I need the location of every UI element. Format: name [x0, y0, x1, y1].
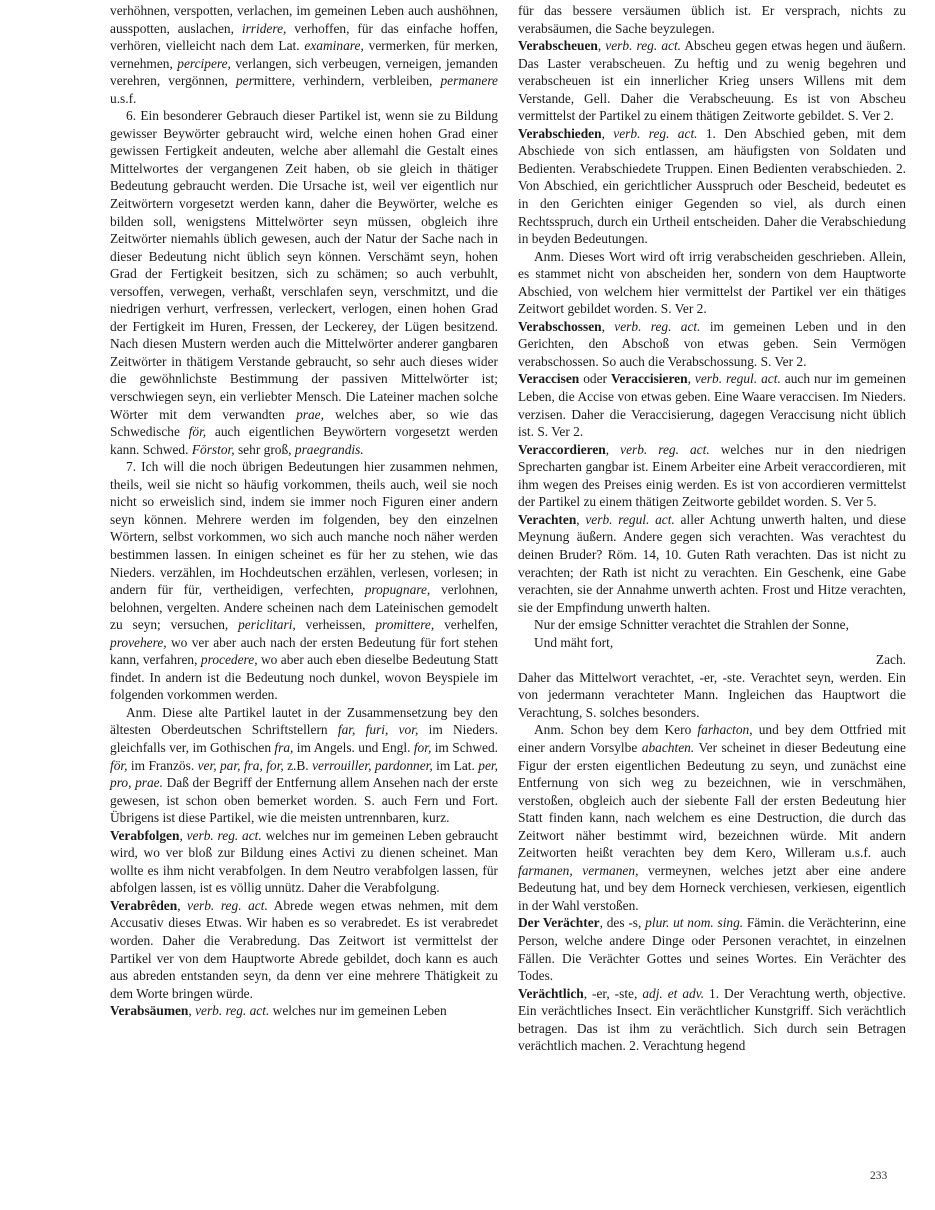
italic-term: verb. reg. act.	[187, 898, 268, 913]
text-run: im Lat.	[433, 758, 479, 773]
text-run: , -er, -ste,	[584, 986, 643, 1001]
italic-term: verrouiller, pardonner,	[312, 758, 433, 773]
dictionary-entry: Verabschossen, verb. reg. act. im gemein…	[518, 318, 906, 371]
text-run: u.s.f.	[110, 91, 136, 106]
text-run: Abrede wegen etwas nehmen, mit dem Accus…	[110, 898, 498, 1001]
text-run: verhel­fen,	[434, 617, 498, 632]
text-run: Und mäht fort,	[534, 635, 613, 650]
continued-paragraph: Daher das Mittelwort verachtet, -er, -st…	[518, 669, 906, 722]
indented-paragraph: Anm. Diese alte Partikel lautet in der Z…	[110, 704, 498, 827]
italic-term: far, furi, vor,	[338, 722, 418, 737]
dictionary-entry: Veraccordieren, verb. reg. act. welches …	[518, 441, 906, 511]
headword: Der Verächter	[518, 915, 600, 930]
italic-term: for,	[414, 740, 432, 755]
italic-term: permanere	[440, 73, 498, 88]
page-number: 233	[870, 1170, 887, 1182]
italic-term: abachten.	[642, 740, 694, 755]
right-column: für das bessere versäumen üblich ist. Er…	[518, 2, 906, 1055]
italic-term: för,	[110, 758, 128, 773]
italic-term: för,	[189, 424, 207, 439]
dictionary-entry: Der Verächter, des -s, plur. ut nom. sin…	[518, 914, 906, 984]
text-run: ,	[688, 371, 695, 386]
headword: Veraccisieren	[611, 371, 688, 386]
verse-line: Nur der emsige Schnitter verachtet die S…	[518, 616, 906, 634]
italic-term: farhacton,	[697, 722, 752, 737]
text-run: im Französ.	[128, 758, 198, 773]
headword: Verabschieden	[518, 126, 602, 141]
text-run: Anm. Schon bey dem Kero	[534, 722, 697, 737]
text-run: ,	[602, 319, 615, 334]
italic-term: Förstor,	[192, 442, 235, 457]
italic-term: promittere,	[375, 617, 434, 632]
headword: Verabrêden	[110, 898, 177, 913]
text-run: verheissen,	[296, 617, 376, 632]
italic-term: praegrandis.	[295, 442, 364, 457]
italic-term: verb. reg. act.	[613, 126, 697, 141]
text-run: Daher das Mittelwort verachtet, -er, -st…	[518, 670, 906, 720]
dictionary-entry: Veraccisen oder Veraccisieren, verb. reg…	[518, 370, 906, 440]
italic-term: verb. regul. act.	[585, 512, 674, 527]
text-run: z.B.	[284, 758, 312, 773]
italic-term: verb. regul. act.	[695, 371, 781, 386]
italic-term: periclitari,	[238, 617, 296, 632]
indented-paragraph: 6. Ein besonderer Gebrauch dieser Partik…	[110, 107, 498, 458]
italic-term: plur. ut nom. sing.	[645, 915, 743, 930]
italic-term: farmanen, vermanen,	[518, 863, 638, 878]
text-run: , des -s,	[600, 915, 646, 930]
dictionary-entry: Verachten, verb. regul. act. aller Achtu…	[518, 511, 906, 616]
headword: Verächtlich	[518, 986, 584, 1001]
verse-attribution: Zach.	[518, 651, 906, 669]
verse-line: Und mäht fort,	[518, 634, 906, 652]
italic-term: percipere,	[177, 56, 231, 71]
text-run: im Angels. und Engl.	[293, 740, 413, 755]
dictionary-entry: Verabsäumen, verb. reg. act. welches nur…	[110, 1002, 498, 1020]
italic-term: irridere,	[242, 21, 287, 36]
continued-paragraph: verhöhnen, verspotten, verlachen, im gem…	[110, 2, 498, 107]
text-run: im Schwed.	[431, 740, 498, 755]
text-run: ,	[179, 828, 186, 843]
italic-term: propugnare,	[365, 582, 431, 597]
dictionary-entry: Verabfolgen, verb. reg. act. welches nur…	[110, 827, 498, 897]
headword: Veraccisen	[518, 371, 579, 386]
continued-paragraph: für das bessere versäumen üblich ist. Er…	[518, 2, 906, 37]
text-run: Nur der emsige Schnitter verachtet die S…	[534, 617, 849, 632]
text-run: mit­tere, verhindern, verbleiben,	[254, 73, 441, 88]
italic-term: adj. et adv.	[642, 986, 704, 1001]
italic-term: verb. reg. act.	[614, 319, 700, 334]
text-run: aller Achtung unwerth halten, und diese …	[518, 512, 906, 615]
text-run: ,	[576, 512, 585, 527]
text-run: ,	[606, 442, 620, 457]
text-run: Ver scheinet in dieser Bedeutung eine Fi…	[518, 740, 906, 860]
indented-paragraph: Anm. Schon bey dem Kero farhacton, und b…	[518, 721, 906, 914]
italic-term: procedere,	[201, 652, 258, 667]
italic-term: ver, par, fra, for,	[198, 758, 284, 773]
text-run: 6. Ein besonderer Gebrauch dieser Partik…	[110, 108, 498, 421]
indented-paragraph: Anm. Dieses Wort wird oft irrig verabsch…	[518, 248, 906, 318]
italic-term: prae,	[296, 407, 324, 422]
text-run: ,	[177, 898, 187, 913]
text-run: oder	[579, 371, 611, 386]
text-run: ,	[602, 126, 614, 141]
italic-term: per	[236, 73, 254, 88]
text-run: welches nur im gemeinen Leben	[269, 1003, 446, 1018]
text-run: 7. Ich will die noch übrigen Bedeutungen…	[110, 459, 498, 597]
headword: Verabsäumen	[110, 1003, 188, 1018]
headword: Verabfolgen	[110, 828, 179, 843]
headword: Verachten	[518, 512, 576, 527]
headword: Verabscheuen	[518, 38, 598, 53]
italic-term: verb. reg. act.	[620, 442, 710, 457]
left-column: verhöhnen, verspotten, verlachen, im gem…	[110, 2, 498, 1020]
text-run: sehr groß,	[235, 442, 295, 457]
dictionary-entry: Verabrêden, verb. reg. act. Abrede wegen…	[110, 897, 498, 1002]
italic-term: verb. reg. act.	[605, 38, 681, 53]
italic-term: verb. reg. act.	[195, 1003, 269, 1018]
dictionary-entry: Verabschieden, verb. reg. act. 1. Den Ab…	[518, 125, 906, 248]
italic-term: verb. reg. act.	[187, 828, 262, 843]
italic-term: provehere,	[110, 635, 167, 650]
dictionary-entry: Verabscheuen, verb. reg. act. Abscheu ge…	[518, 37, 906, 125]
italic-term: examinare,	[304, 38, 363, 53]
text-run: Daß der Begriff der Entfernung allem Ans…	[110, 775, 498, 825]
text-run: Anm. Dieses Wort wird oft irrig verabsch…	[518, 249, 906, 317]
headword: Verabschossen	[518, 319, 602, 334]
italic-term: fra,	[274, 740, 293, 755]
indented-paragraph: 7. Ich will die noch übrigen Bedeutungen…	[110, 458, 498, 704]
headword: Veraccordieren	[518, 442, 606, 457]
text-run: für das bessere versäumen üblich ist. Er…	[518, 3, 906, 36]
text-run: Zach.	[876, 652, 906, 667]
text-run: 1. Den Abschied geben, mit dem Abschiede…	[518, 126, 906, 246]
dictionary-entry: Verächtlich, -er, -ste, adj. et adv. 1. …	[518, 985, 906, 1055]
